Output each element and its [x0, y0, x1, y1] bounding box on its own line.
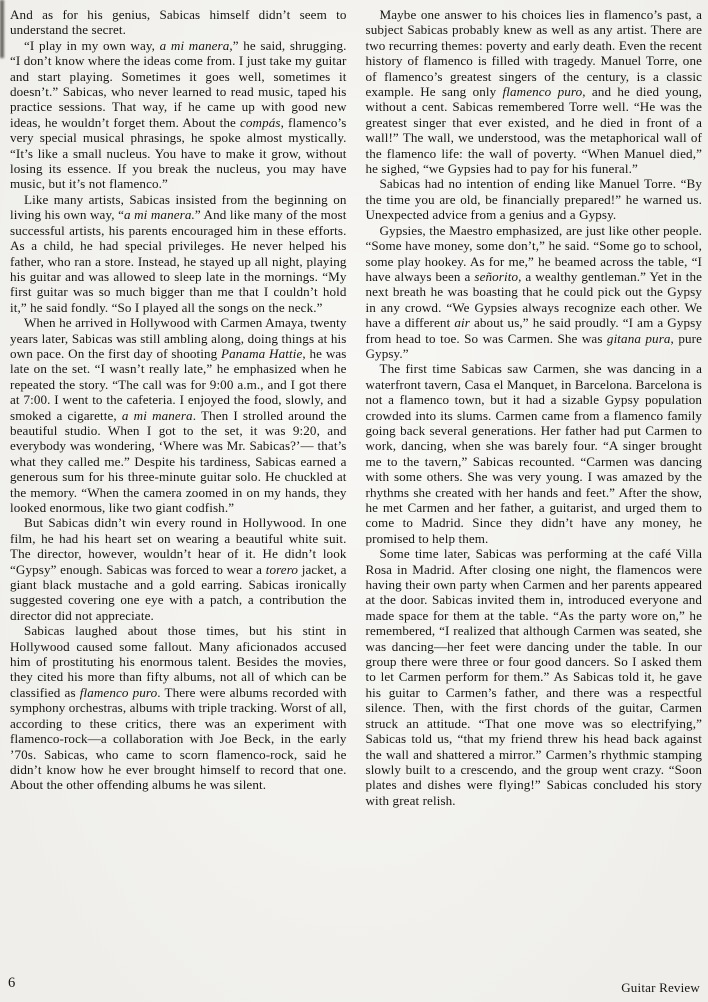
text-run: flamenco puro: [503, 84, 583, 99]
text-run: The first time Sabicas saw Carmen, she w…: [366, 361, 703, 545]
paragraph: But Sabicas didn’t win every round in Ho…: [10, 515, 347, 623]
paragraph: Some time later, Sabicas was performing …: [366, 546, 703, 808]
paragraph: Sabicas laughed about those times, but h…: [10, 623, 347, 792]
magazine-page: And as for his genius, Sabicas himself d…: [0, 0, 708, 1002]
paragraph: When he arrived in Hollywood with Carmen…: [10, 315, 347, 515]
page-number: 6: [8, 975, 15, 992]
article-column-right: Maybe one answer to his choices lies in …: [366, 7, 703, 808]
text-run: “I play in my own way,: [24, 38, 160, 53]
paragraph: The first time Sabicas saw Carmen, she w…: [366, 361, 703, 546]
text-run: torero: [266, 562, 298, 577]
article-body: And as for his genius, Sabicas himself d…: [10, 7, 702, 808]
paragraph: And as for his genius, Sabicas himself d…: [10, 7, 347, 38]
text-run: Some time later, Sabicas was performing …: [366, 546, 703, 808]
scan-edge-artifact: [0, 0, 4, 58]
text-run: a mi manera: [122, 408, 193, 423]
text-run: gitana pura: [607, 331, 671, 346]
text-run: . Then I strolled around the beautiful s…: [10, 408, 347, 515]
journal-title: Guitar Review: [621, 980, 700, 996]
text-run: a mi manera.: [124, 207, 195, 222]
paragraph: Maybe one answer to his choices lies in …: [366, 7, 703, 176]
article-column-left: And as for his genius, Sabicas himself d…: [10, 7, 347, 808]
text-run: . There were albums recorded with sympho…: [10, 685, 347, 792]
text-run: a mi manera,: [160, 38, 233, 53]
text-run: air: [454, 315, 470, 330]
paragraph: Sabicas had no intention of ending like …: [366, 176, 703, 222]
paragraph: Gypsies, the Maestro emphasized, are jus…: [366, 223, 703, 362]
text-run: ” And like many of the most successful a…: [10, 207, 347, 314]
paragraph: “I play in my own way, a mi manera,” he …: [10, 38, 347, 192]
text-run: Sabicas had no intention of ending like …: [366, 176, 703, 222]
paragraph: Like many artists, Sabicas insisted from…: [10, 192, 347, 315]
text-run: señorito: [474, 269, 518, 284]
text-run: Panama Hattie: [221, 346, 302, 361]
text-run: And as for his genius, Sabicas himself d…: [10, 7, 347, 37]
text-run: compás: [240, 115, 281, 130]
text-run: flamenco puro: [80, 685, 158, 700]
page-footer: 6 Guitar Review: [8, 974, 700, 996]
